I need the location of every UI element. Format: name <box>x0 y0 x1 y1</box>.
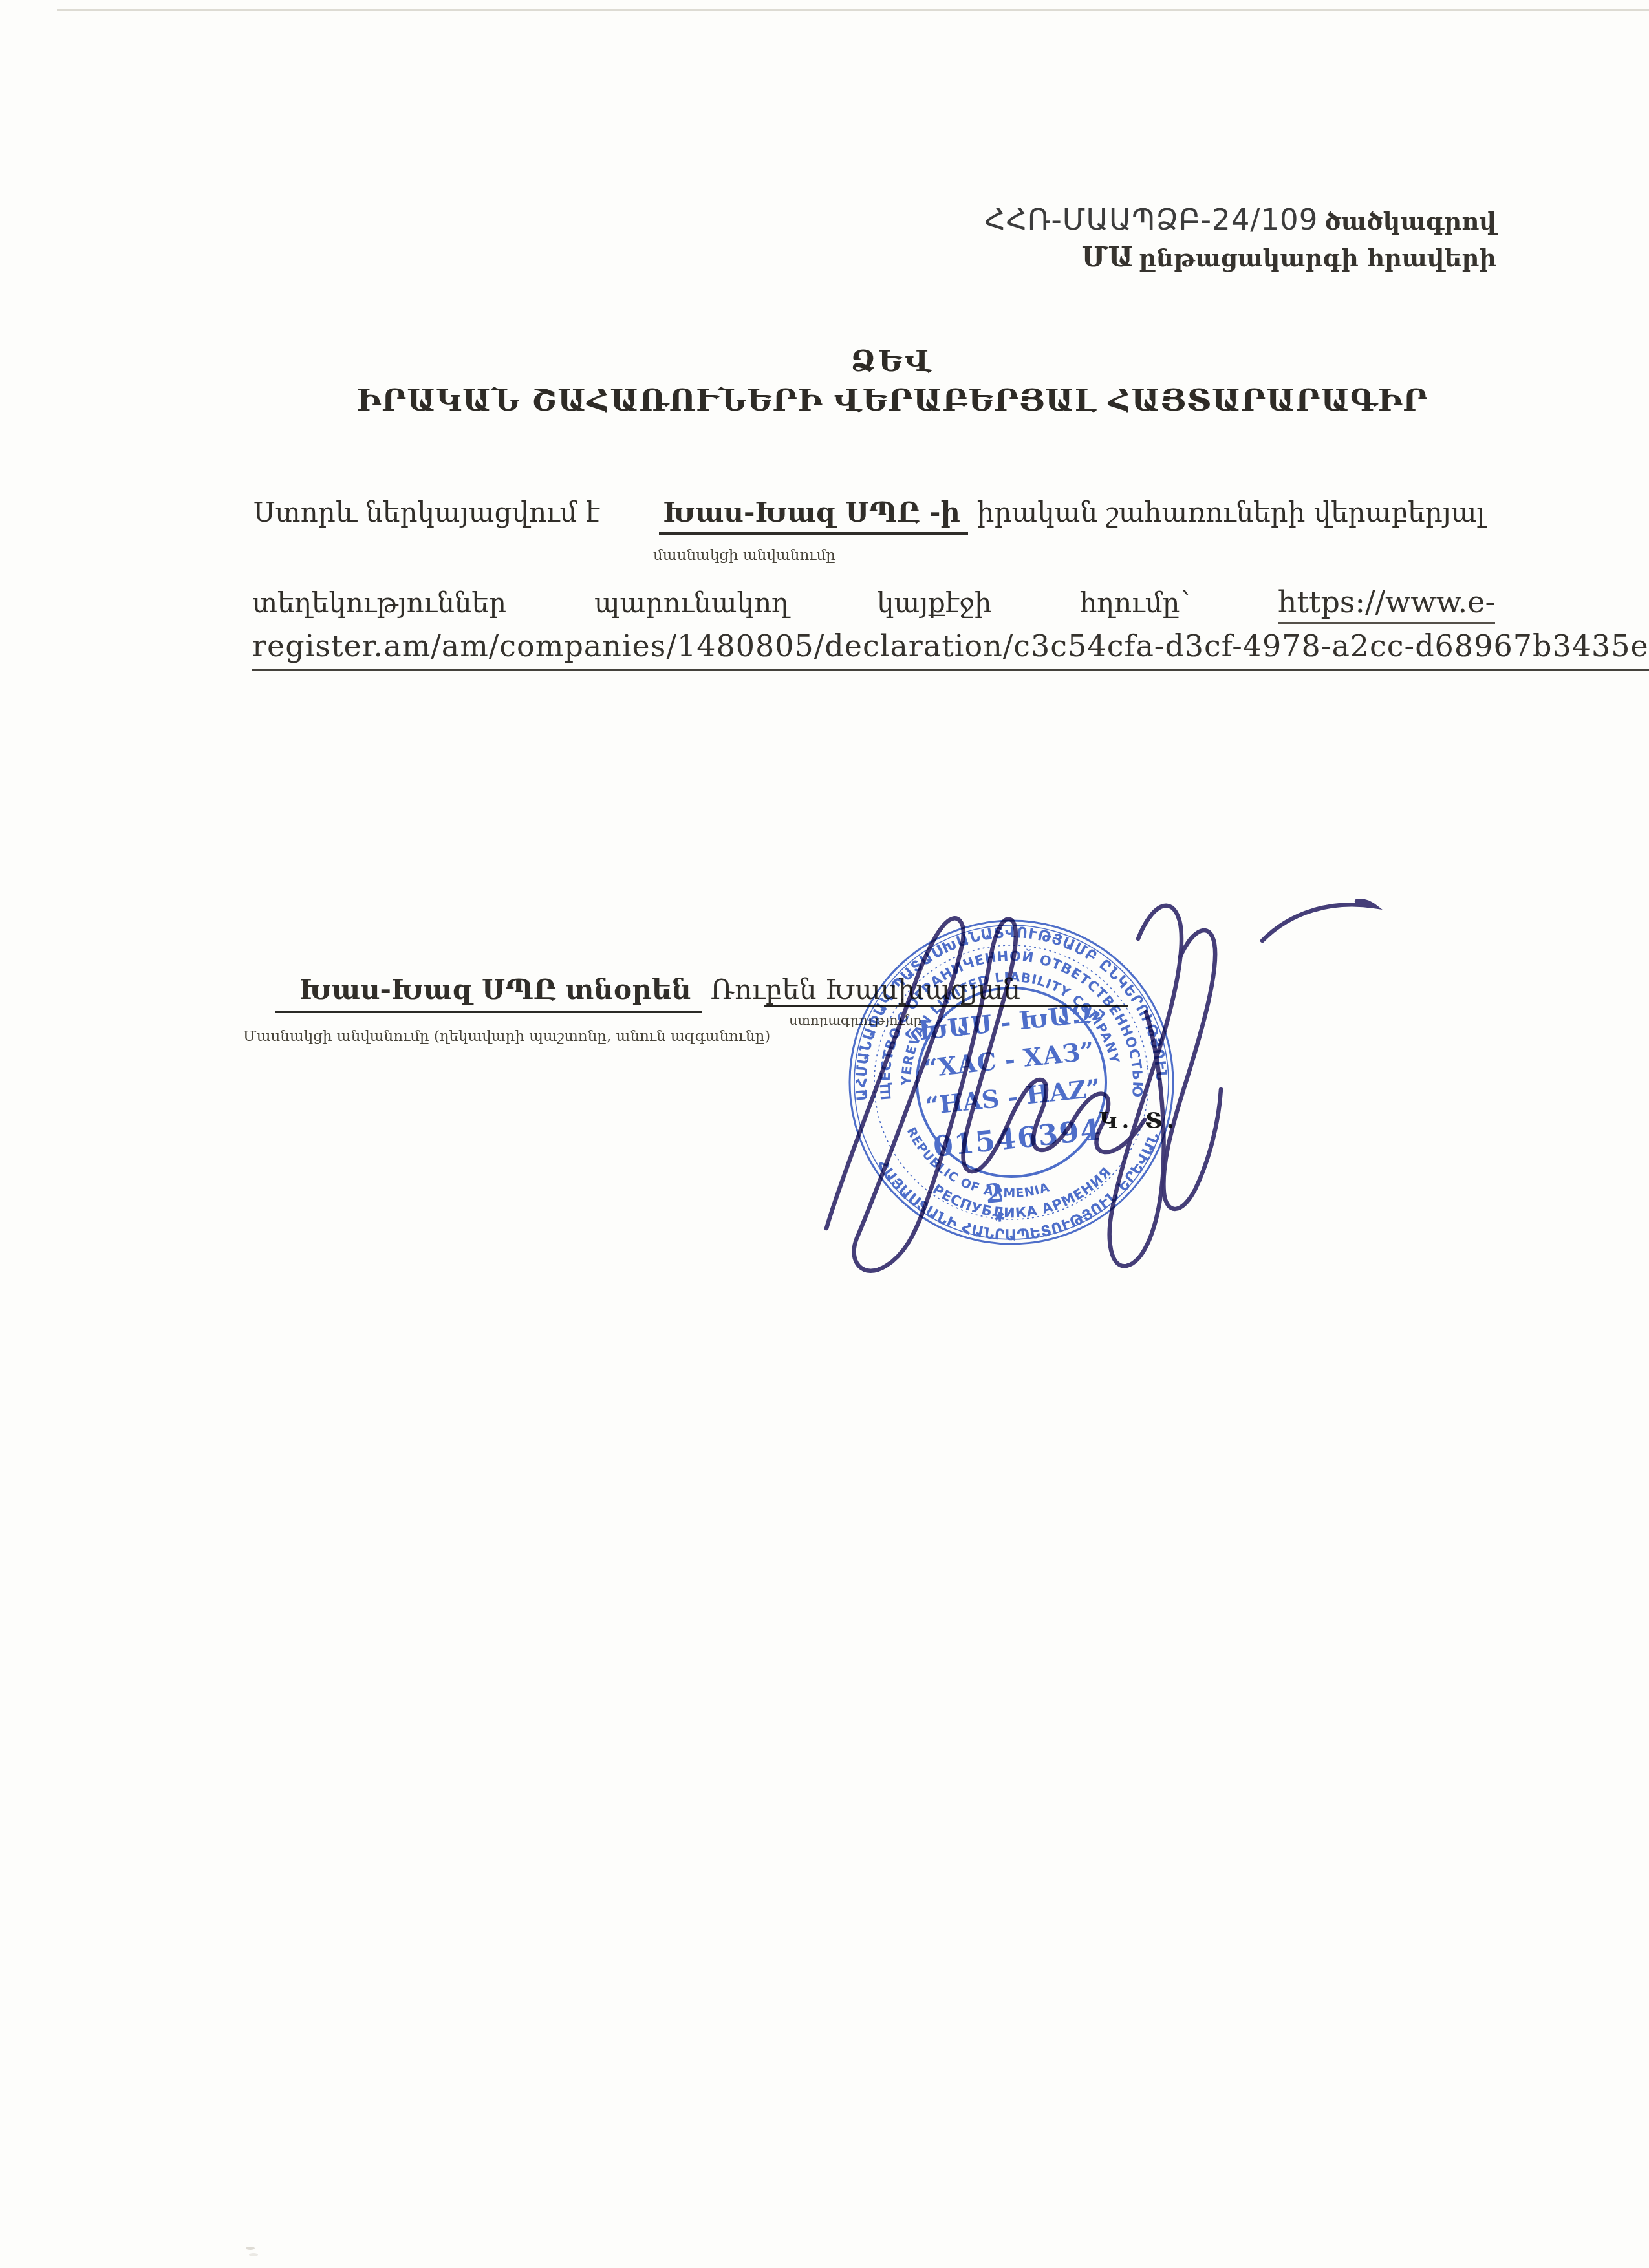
signature-stroke-end-loop <box>1163 930 1221 1209</box>
scanner-edge-artifact <box>57 9 1649 11</box>
signature-stroke-right-loop <box>1110 906 1181 1267</box>
procedure-invitation-text: ընթացակարգի հրավերի <box>1139 244 1496 272</box>
company-name-caption: մասնակցի անվանումը <box>653 547 835 564</box>
declaration-sentence: Ստորև ներկայացվում էԽաս-Խազ ՍՊԸ -իիրական… <box>253 497 1521 528</box>
procurement-code-line: ՀՀՌ-ՄԱԱՊՁԲ-24/109ծածկագրով <box>985 202 1496 238</box>
procurement-code-suffix: ծածկագրով <box>1324 207 1496 235</box>
signature-stroke-left-loop <box>826 918 964 1270</box>
url-continuation-line: register.am/am/companies/1480805/declara… <box>252 628 1649 671</box>
procurement-code: ՀՀՌ-ՄԱԱՊՁԲ-24/109 <box>985 202 1319 237</box>
procedure-abbrev: ՄԱ <box>1081 241 1134 273</box>
declaration-url-part1: https://www.e- <box>1278 584 1495 624</box>
intro-rest-text: իրական շահառուների վերաբերյալ <box>977 497 1485 528</box>
word-webpage: կայքէջի <box>877 587 992 619</box>
handwritten-signature <box>802 866 1384 1306</box>
procedure-invitation-line: ՄԱընթացակարգի հրավերի <box>985 241 1496 275</box>
word-containing: պարունակող <box>594 587 789 619</box>
procurement-reference-block: ՀՀՌ-ՄԱԱՊՁԲ-24/109ծածկագրով ՄԱընթացակարգի… <box>985 202 1496 275</box>
form-label: ՁԵՎ <box>252 344 1533 378</box>
scan-speck <box>246 2247 255 2250</box>
intro-text: Ստորև ներկայացվում է <box>253 497 599 528</box>
declaration-url-part2: register.am/am/companies/1480805/declara… <box>252 628 1649 671</box>
link-sentence-line: տեղեկություններ պարունակող կայքէջի հղում… <box>252 584 1495 624</box>
word-information: տեղեկություններ <box>252 587 506 619</box>
scan-speck <box>249 2253 258 2256</box>
signatory-title: Խաս-Խազ ՍՊԸ տնօրեն <box>275 974 702 1013</box>
participant-caption: Մասնակցի անվանումը (ղեկավարի պաշտոնը, ան… <box>243 1028 770 1045</box>
signature-stroke-detached-curl <box>1262 901 1375 941</box>
word-link: հղումը՝ <box>1080 587 1190 619</box>
scanned-document-page: ՀՀՌ-ՄԱԱՊՁԲ-24/109ծածկագրով ՄԱընթացակարգի… <box>0 0 1649 2268</box>
company-name-inline: Խաս-Խազ ՍՊԸ -ի <box>659 497 967 535</box>
signature-stroke-middle-waves <box>921 919 1145 1215</box>
document-title: ԻՐԱԿԱՆ ՇԱՀԱՌՈՒՆԵՐԻ ՎԵՐԱԲԵՐՅԱԼ ՀԱՅՏԱՐԱՐԱԳ… <box>252 383 1533 418</box>
